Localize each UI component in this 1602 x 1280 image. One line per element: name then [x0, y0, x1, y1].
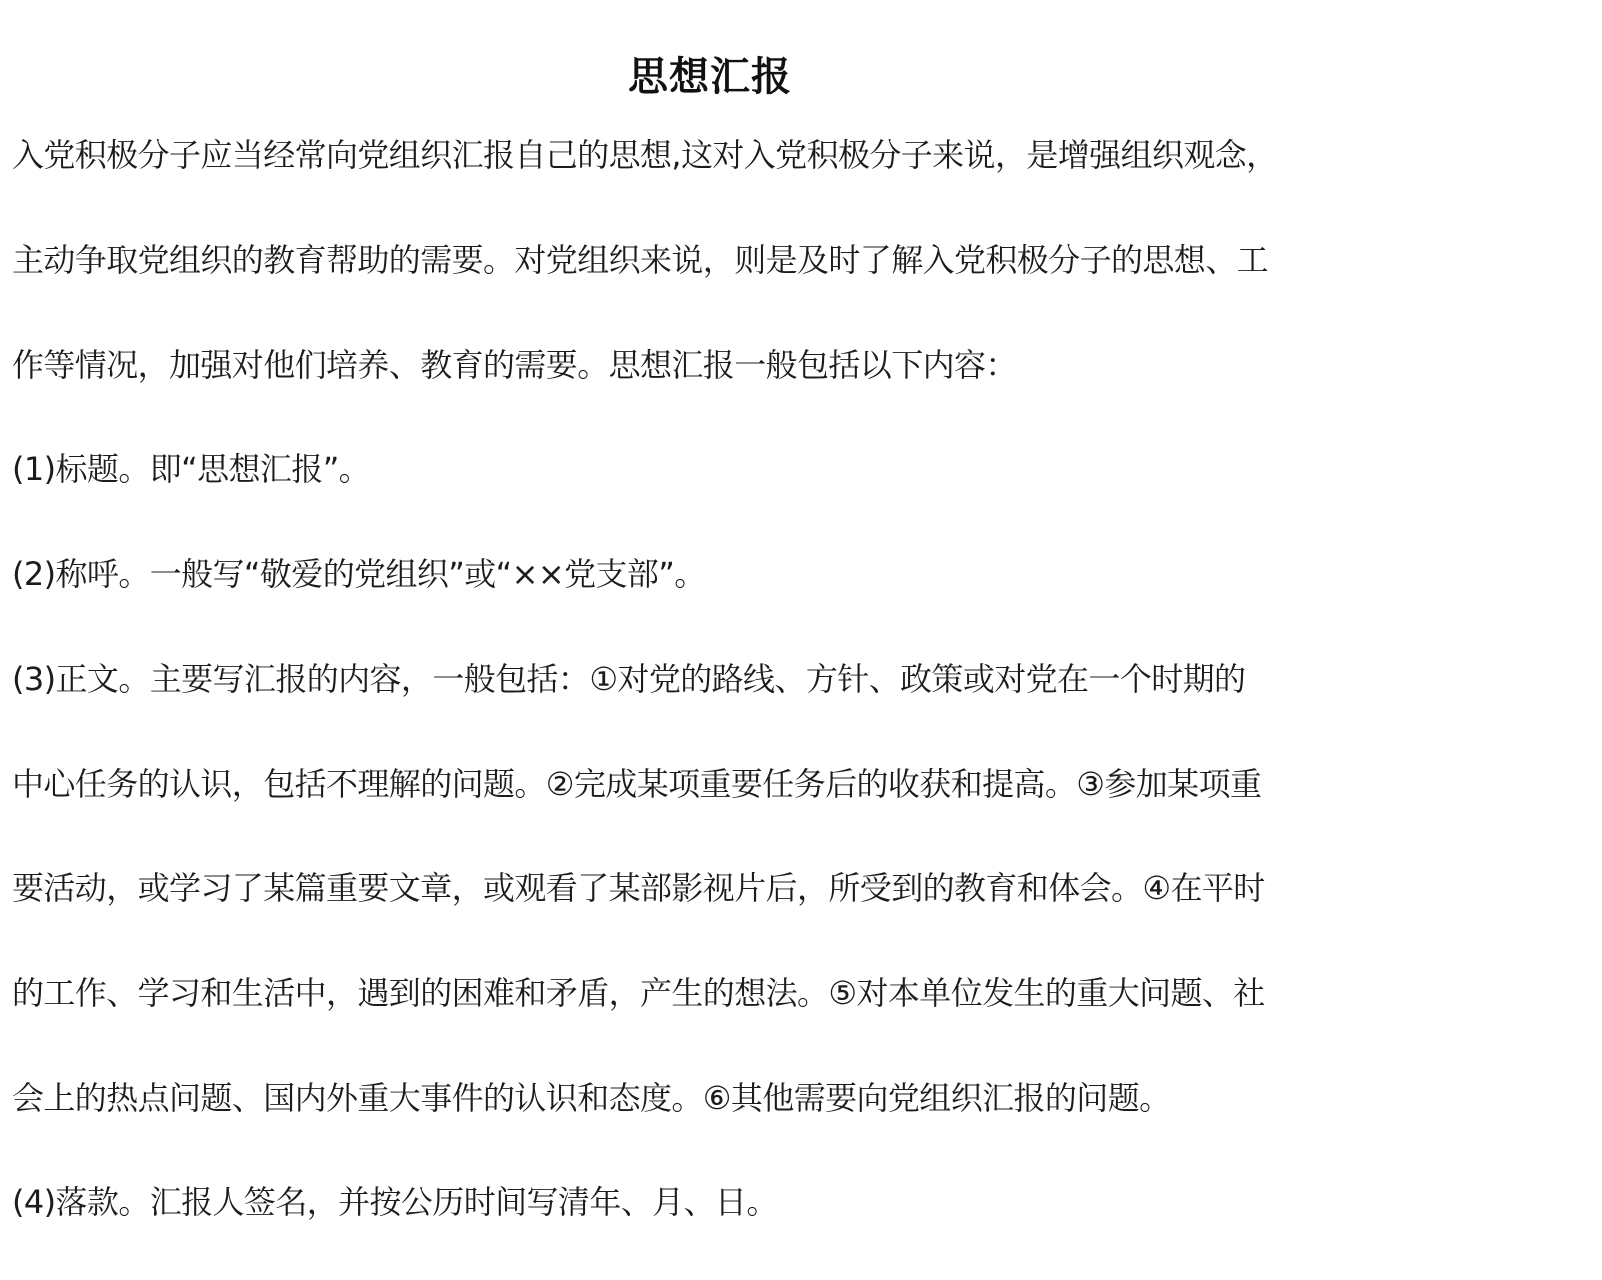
text-line: (3)正文。主要写汇报的内容，一般包括：①对党的路线、方针、政策或对党在一个时期…	[12, 657, 1245, 701]
text-line: 主动争取党组织的教育帮助的需要。对党组织来说，则是及时了解入党积极分子的思想、工	[12, 238, 1268, 282]
text-line: (2)称呼。一般写“敬爱的党组织”或“××党支部”。	[12, 552, 706, 596]
text-line: (4)落款。汇报人签名，并按公历时间写清年、月、日。	[12, 1180, 778, 1224]
text-line: 会上的热点问题、国内外重大事件的认识和态度。⑥其他需要向党组织汇报的问题。	[12, 1076, 1171, 1120]
text-line: 要活动，或学习了某篇重要文章，或观看了某部影视片后，所受到的教育和体会。④在平时	[12, 866, 1265, 910]
page-title: 思想汇报	[0, 49, 1420, 105]
text-line: 作等情况，加强对他们培养、教育的需要。思想汇报一般包括以下内容：	[12, 343, 1017, 387]
text-line: (1)标题。即“思想汇报”。	[12, 447, 370, 491]
text-line: 的工作、学习和生活中，遇到的困难和矛盾，产生的想法。⑤对本单位发生的重大问题、社	[12, 971, 1265, 1015]
text-line: 中心任务的认识，包括不理解的问题。②完成某项重要任务后的收获和提高。③参加某项重	[12, 762, 1261, 806]
text-line: 入党积极分子应当经常向党组织汇报自己的思想,这对入党积极分子来说，是增强组织观念…	[12, 133, 1278, 177]
